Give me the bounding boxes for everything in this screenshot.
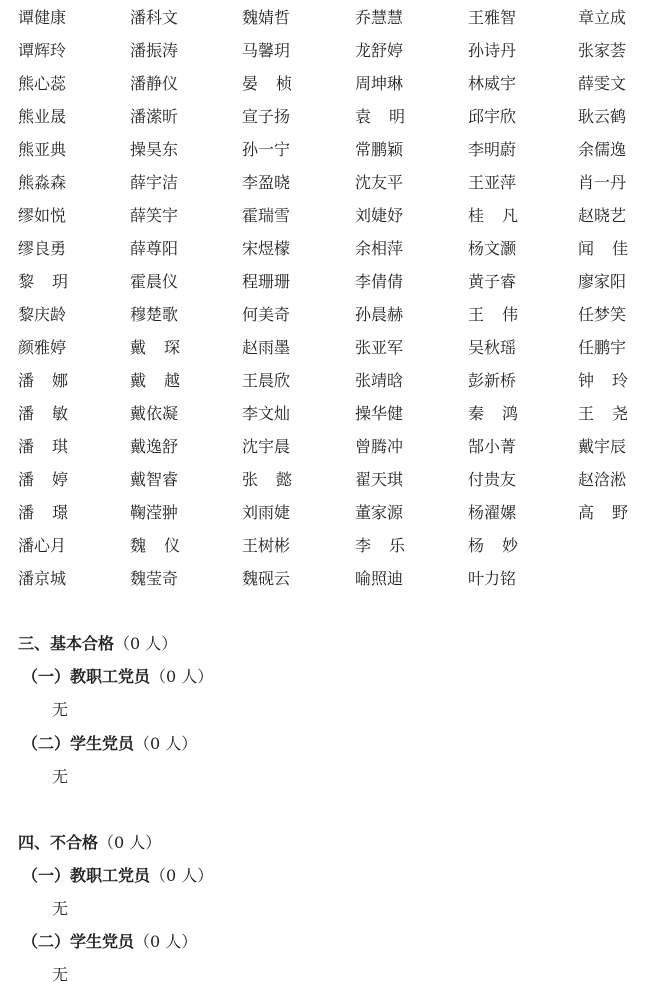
name-cell: 邱宇欣 [468, 103, 578, 136]
name-cell: 张靖晗 [355, 367, 468, 400]
name-cell: 李文灿 [242, 400, 355, 433]
name-cell: 闻佳 [578, 235, 638, 268]
name-list-grid: 谭健康潘科文魏婧哲乔慧慧王雅智章立成谭辉玲潘振涛马馨玥龙舒婷孙诗丹张家荟熊心蕊潘… [18, 4, 638, 598]
name-cell: 任梦笑 [578, 301, 638, 334]
name-cell: 熊亚典 [18, 136, 130, 169]
name-cell: 霍瑞雪 [242, 202, 355, 235]
name-cell: 颜雅婷 [18, 334, 130, 367]
name-cell: 霍晨仪 [130, 268, 242, 301]
name-cell: 孙诗丹 [468, 37, 578, 70]
name-cell: 章立成 [578, 4, 638, 37]
subsection-content: 无 [52, 899, 68, 919]
name-cell: 袁明 [355, 103, 468, 136]
name-cell: 薛笑宇 [130, 202, 242, 235]
name-cell: 曾腾冲 [355, 433, 468, 466]
name-cell: 廖家阳 [578, 268, 638, 301]
name-cell: 杨濯嫘 [468, 499, 578, 532]
name-cell: 宋煜檬 [242, 235, 355, 268]
name-cell: 潘璟 [18, 499, 130, 532]
name-cell: 吴秋瑶 [468, 334, 578, 367]
subsection-count: （0 人） [134, 932, 197, 951]
name-cell: 李倩倩 [355, 268, 468, 301]
name-cell: 魏婧哲 [242, 4, 355, 37]
name-cell: 薛雯文 [578, 70, 638, 103]
name-cell: 常鹏颖 [355, 136, 468, 169]
name-cell: 熊心蕊 [18, 70, 130, 103]
name-cell: 张懿 [242, 466, 355, 499]
name-cell: 赵雨墨 [242, 334, 355, 367]
subsection-title: （一）教职工党员 [22, 667, 150, 686]
name-cell: 郜小菁 [468, 433, 578, 466]
name-cell [578, 532, 638, 565]
subsection-student-heading: （二）学生党员（0 人） [22, 734, 197, 754]
name-cell: 潘敏 [18, 400, 130, 433]
name-cell: 翟天琪 [355, 466, 468, 499]
subsection-count: （0 人） [134, 734, 197, 753]
name-cell: 彭新桥 [468, 367, 578, 400]
name-cell: 操昊东 [130, 136, 242, 169]
name-cell: 王雅智 [468, 4, 578, 37]
name-cell: 王伟 [468, 301, 578, 334]
name-cell: 潘科文 [130, 4, 242, 37]
name-cell: 周坤琳 [355, 70, 468, 103]
name-cell: 王亚萍 [468, 169, 578, 202]
name-cell: 刘婕妤 [355, 202, 468, 235]
name-cell: 熊淼森 [18, 169, 130, 202]
name-cell: 戴智睿 [130, 466, 242, 499]
name-cell: 桂凡 [468, 202, 578, 235]
name-cell: 潘心月 [18, 532, 130, 565]
subsection-staff-heading: （一）教职工党员（0 人） [22, 667, 213, 687]
name-cell: 操华健 [355, 400, 468, 433]
name-cell: 龙舒婷 [355, 37, 468, 70]
name-cell: 耿云鹤 [578, 103, 638, 136]
name-cell [578, 565, 638, 598]
name-cell: 戴宇辰 [578, 433, 638, 466]
name-cell: 潘静仪 [130, 70, 242, 103]
section-title: 四、不合格 [18, 833, 98, 852]
section-count: （0 人） [98, 833, 161, 852]
name-cell: 沈宇晨 [242, 433, 355, 466]
name-cell: 晏桢 [242, 70, 355, 103]
section-basic-qualified-heading: 三、基本合格（0 人） [18, 634, 177, 654]
subsection-count: （0 人） [150, 667, 213, 686]
name-cell: 赵浛淞 [578, 466, 638, 499]
subsection-title: （二）学生党员 [22, 734, 134, 753]
name-cell: 缪良勇 [18, 235, 130, 268]
name-cell: 李乐 [355, 532, 468, 565]
name-cell: 戴逸舒 [130, 433, 242, 466]
name-cell: 喻照迪 [355, 565, 468, 598]
name-cell: 宣子扬 [242, 103, 355, 136]
name-cell: 肖一丹 [578, 169, 638, 202]
name-cell: 钟玲 [578, 367, 638, 400]
subsection-content: 无 [52, 965, 68, 985]
name-cell: 秦鸿 [468, 400, 578, 433]
name-cell: 杨妙 [468, 532, 578, 565]
name-cell: 叶力铭 [468, 565, 578, 598]
name-cell: 熊业晟 [18, 103, 130, 136]
name-cell: 黄子睿 [468, 268, 578, 301]
name-cell: 马馨玥 [242, 37, 355, 70]
name-cell: 余儒逸 [578, 136, 638, 169]
name-cell: 薛宇洁 [130, 169, 242, 202]
name-cell: 黎庆龄 [18, 301, 130, 334]
name-cell: 程珊珊 [242, 268, 355, 301]
name-cell: 王树彬 [242, 532, 355, 565]
name-cell: 孙一宁 [242, 136, 355, 169]
name-cell: 付贵友 [468, 466, 578, 499]
name-cell: 何美奇 [242, 301, 355, 334]
name-cell: 鞠滢翀 [130, 499, 242, 532]
subsection-count: （0 人） [150, 866, 213, 885]
name-cell: 任鹏宇 [578, 334, 638, 367]
name-cell: 戴琛 [130, 334, 242, 367]
name-cell: 孙晨赫 [355, 301, 468, 334]
name-cell: 赵晓艺 [578, 202, 638, 235]
name-cell: 潘娜 [18, 367, 130, 400]
section-count: （0 人） [114, 634, 177, 653]
subsection-content: 无 [52, 767, 68, 787]
name-cell: 林威宇 [468, 70, 578, 103]
subsection-student-heading: （二）学生党员（0 人） [22, 932, 197, 952]
name-cell: 潘京城 [18, 565, 130, 598]
name-cell: 潘琪 [18, 433, 130, 466]
name-cell: 潘潆昕 [130, 103, 242, 136]
name-cell: 余相萍 [355, 235, 468, 268]
subsection-title: （二）学生党员 [22, 932, 134, 951]
name-cell: 谭辉玲 [18, 37, 130, 70]
name-cell: 董家源 [355, 499, 468, 532]
name-cell: 李明蔚 [468, 136, 578, 169]
name-cell: 戴依凝 [130, 400, 242, 433]
name-cell: 谭健康 [18, 4, 130, 37]
name-cell: 薛尊阳 [130, 235, 242, 268]
name-cell: 穆楚歌 [130, 301, 242, 334]
name-cell: 缪如悦 [18, 202, 130, 235]
name-cell: 魏仪 [130, 532, 242, 565]
name-cell: 沈友平 [355, 169, 468, 202]
name-cell: 张家荟 [578, 37, 638, 70]
name-cell: 潘婷 [18, 466, 130, 499]
subsection-content: 无 [52, 700, 68, 720]
section-unqualified-heading: 四、不合格（0 人） [18, 833, 161, 853]
name-cell: 王晨欣 [242, 367, 355, 400]
name-cell: 杨文灏 [468, 235, 578, 268]
name-cell: 王尧 [578, 400, 638, 433]
name-cell: 黎玥 [18, 268, 130, 301]
name-cell: 潘振涛 [130, 37, 242, 70]
name-cell: 刘雨婕 [242, 499, 355, 532]
name-cell: 魏莹奇 [130, 565, 242, 598]
section-title: 三、基本合格 [18, 634, 114, 653]
name-cell: 李盈晓 [242, 169, 355, 202]
name-cell: 戴越 [130, 367, 242, 400]
name-cell: 高野 [578, 499, 638, 532]
name-cell: 乔慧慧 [355, 4, 468, 37]
name-cell: 魏砚云 [242, 565, 355, 598]
name-cell: 张亚军 [355, 334, 468, 367]
subsection-staff-heading: （一）教职工党员（0 人） [22, 866, 213, 886]
subsection-title: （一）教职工党员 [22, 866, 150, 885]
